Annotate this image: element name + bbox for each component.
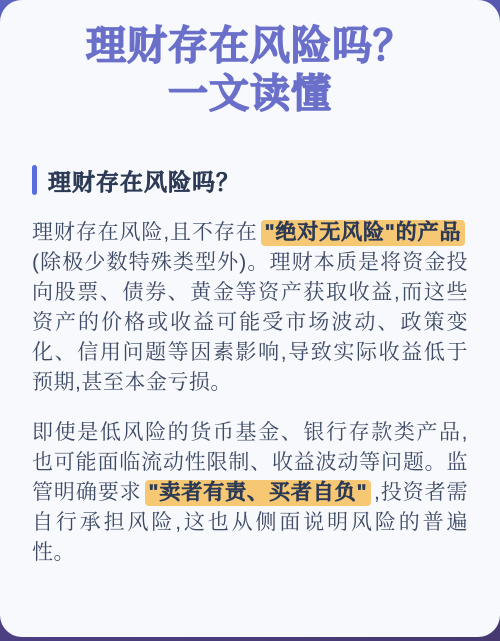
paragraph-1: 理财存在风险,且不存在"绝对无风险"的产品(除极少数特殊类型外)。理财本质是将资… [32, 218, 468, 398]
paragraph-1-text: 理财存在风险,且不存在 [32, 221, 258, 244]
heading-accent-bar [32, 165, 37, 195]
page-background: 理财存在风险吗？ 一文读懂 理财存在风险吗？ 理财存在风险,且不存在"绝对无风险… [0, 0, 500, 641]
poster-title-line2: 一文读懂 [0, 70, 500, 118]
paragraph-1-text-cont: (除极少数特殊类型外)。理财本质是将资金投向股票、债券、黄金等资产获取收益,而这… [32, 251, 468, 394]
paragraph-2-highlight: "卖者有责、买者自负" [145, 480, 371, 506]
poster-title-line1: 理财存在风险吗？ [0, 22, 500, 70]
paragraph-2: 即使是低风险的货币基金、银行存款类产品,也可能面临流动性限制、收益波动等问题。监… [32, 418, 468, 568]
section-heading-text: 理财存在风险吗？ [48, 164, 240, 197]
paragraph-1-highlight: "绝对无风险"的产品 [261, 220, 465, 246]
poster-title: 理财存在风险吗？ 一文读懂 [0, 0, 500, 118]
section-heading: 理财存在风险吗？ [32, 164, 468, 196]
content-card: 理财存在风险吗？ 一文读懂 理财存在风险吗？ 理财存在风险,且不存在"绝对无风险… [0, 0, 500, 637]
